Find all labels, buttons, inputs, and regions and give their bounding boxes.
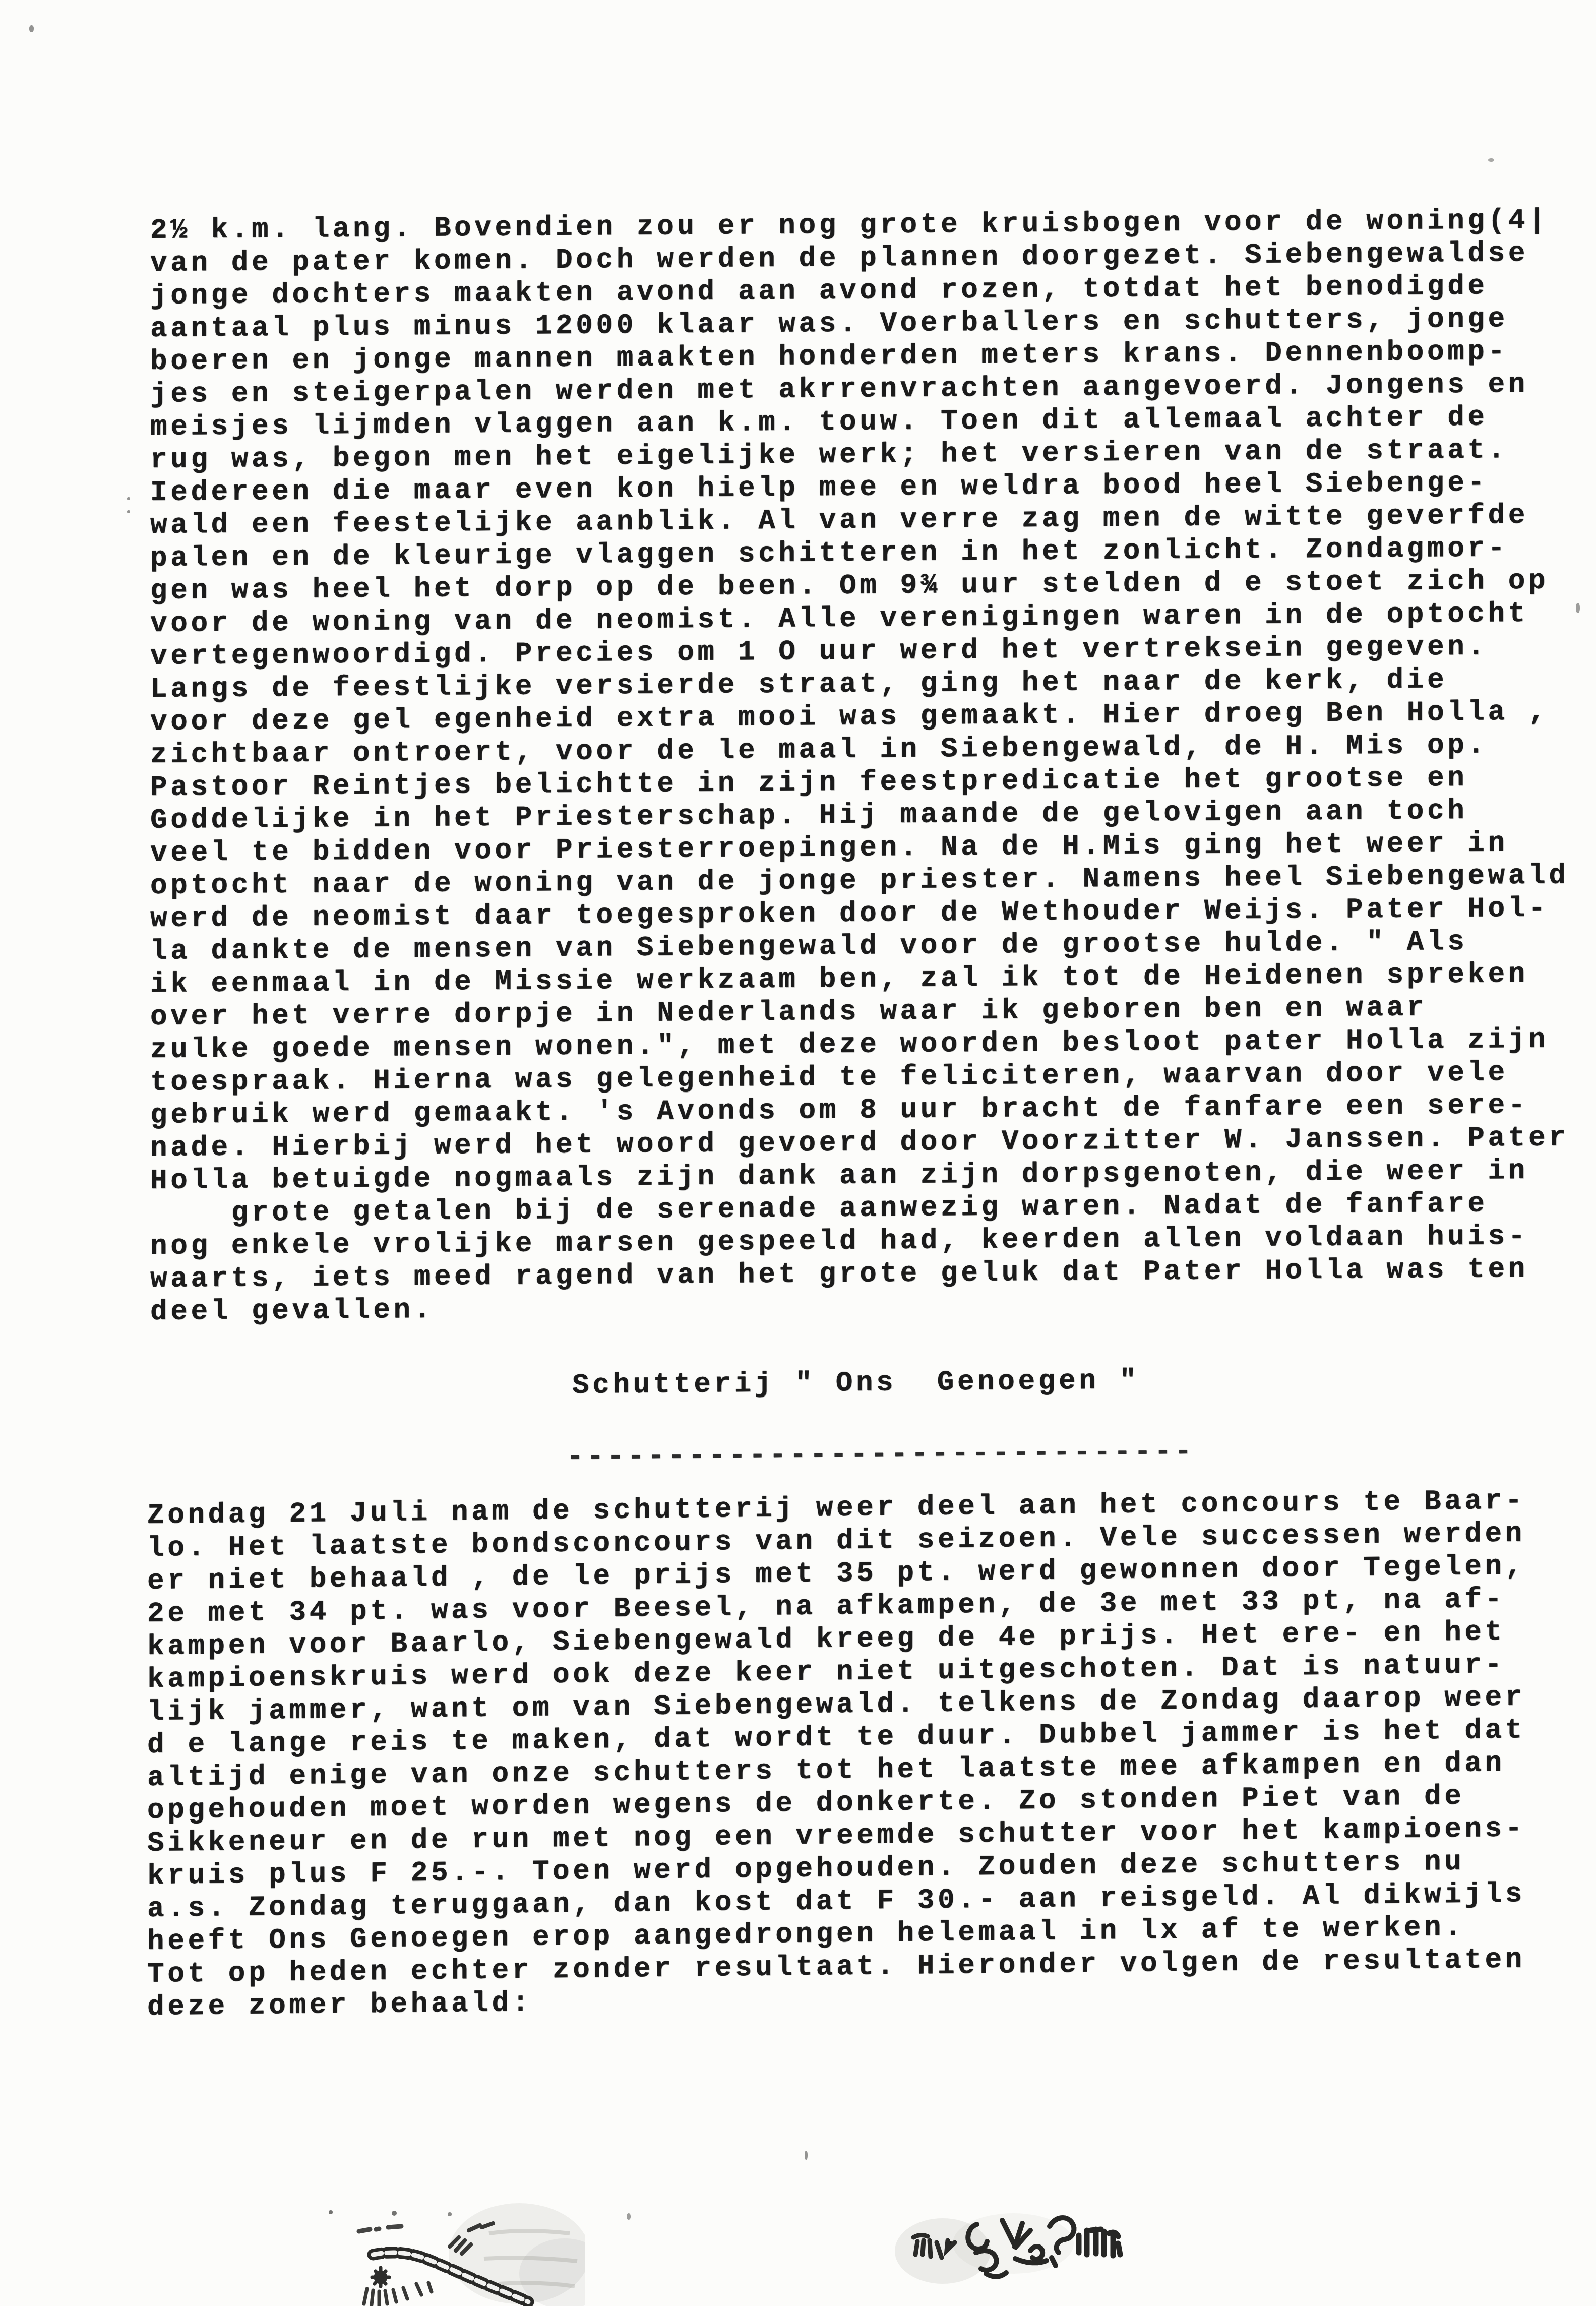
scan-speck — [127, 497, 130, 500]
scan-speck — [1488, 158, 1494, 162]
scanned-page: 2½ k.m. lang. Bovendien zou er nog grote… — [0, 0, 1596, 2306]
paragraph-schutterij: Zondag 21 Juli nam de schutterij weer de… — [147, 1484, 1525, 2024]
heading-underline: ------------------------------- — [567, 1435, 1195, 1474]
scan-speck — [627, 2213, 631, 2220]
rope-chain-sketch — [302, 2198, 585, 2306]
scan-speck — [127, 510, 130, 513]
scan-speck — [805, 2151, 808, 2160]
scan-speck — [29, 25, 34, 32]
scribble-stamp-sketch — [887, 2198, 1124, 2299]
paragraph-pater-holla: 2½ k.m. lang. Bovendien zou er nog grote… — [150, 204, 1569, 1328]
scan-speck — [1576, 603, 1580, 613]
section-heading: Schutterij " Ons Genoegen " — [572, 1364, 1140, 1402]
